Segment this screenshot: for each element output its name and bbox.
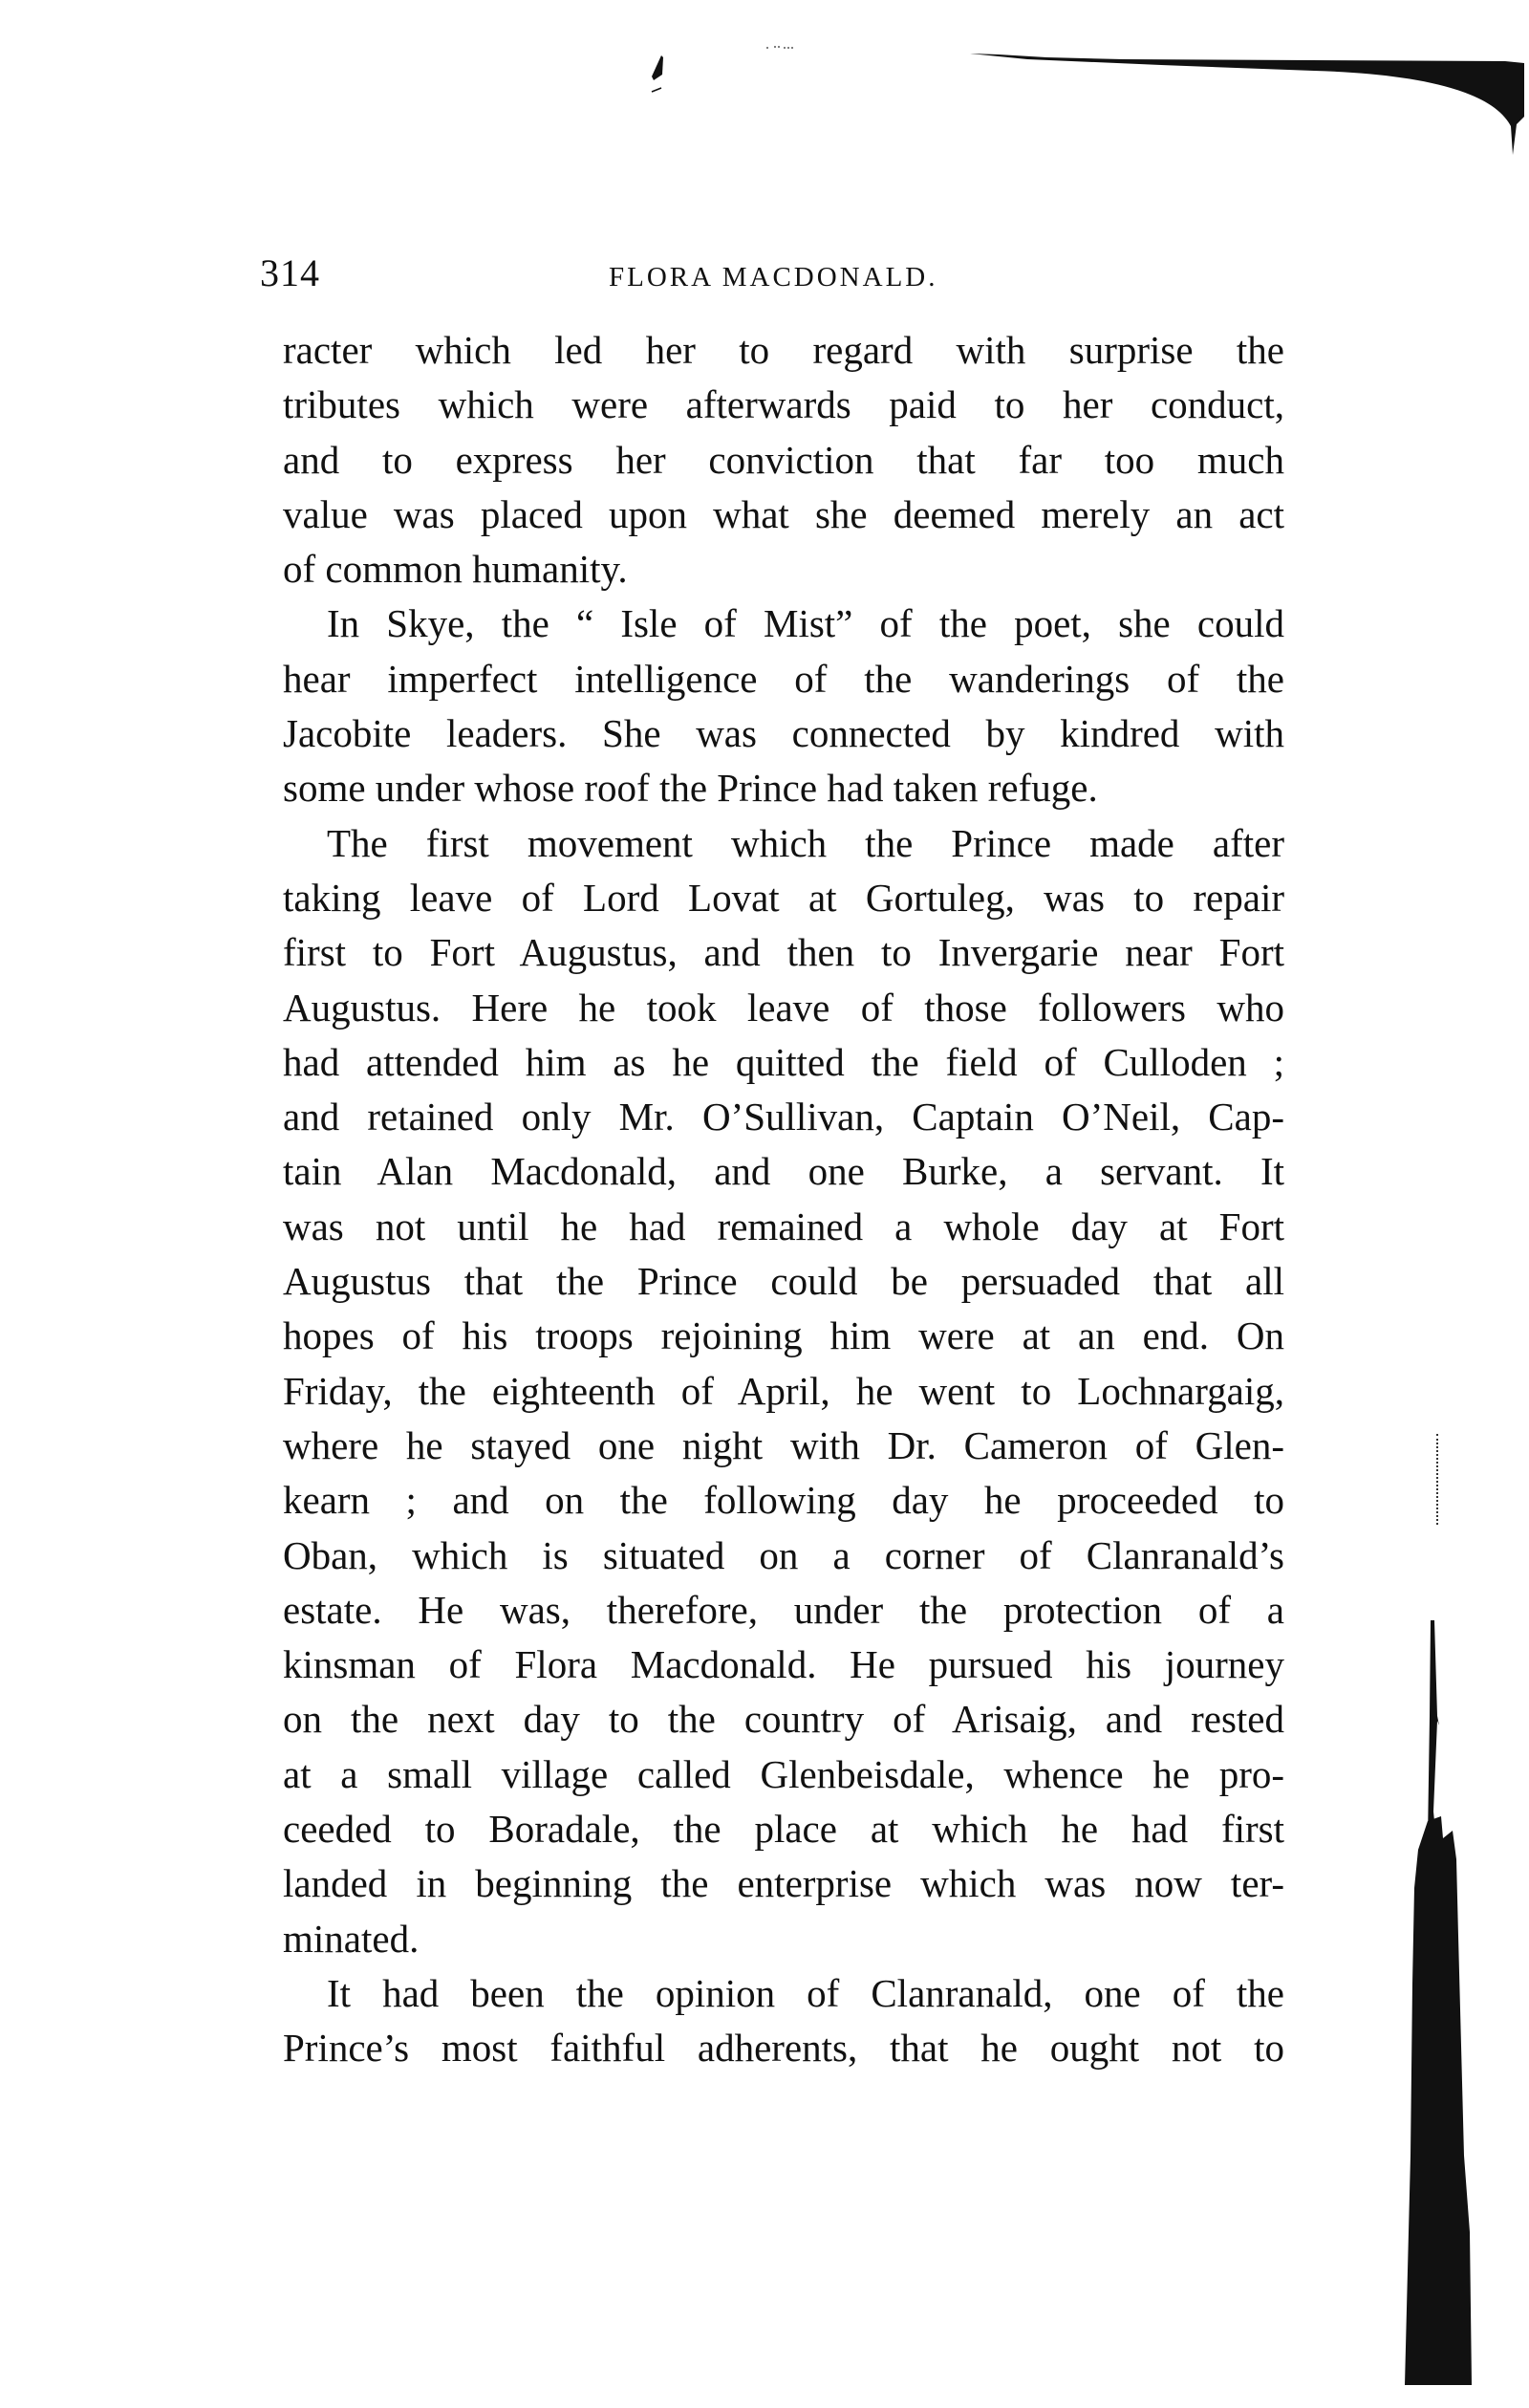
book-page: 314 FLORA MACDONALD. racter which led he…	[0, 0, 1529, 2408]
scan-speck-artifact	[650, 55, 669, 94]
text-line: It had been the opinion of Clanranald, o…	[283, 1966, 1284, 2021]
text-line: kinsman of Flora Macdonald. He pursued h…	[283, 1638, 1284, 1692]
text-line: Prince’s most faithful adherents, that h…	[283, 2021, 1284, 2075]
paragraph: It had been the opinion of Clanranald, o…	[283, 1966, 1284, 2076]
text-line: tributes which were afterwards paid to h…	[283, 378, 1284, 432]
text-line: tain Alan Macdonald, and one Burke, a se…	[283, 1144, 1284, 1199]
paragraph: racter which led her to regard with surp…	[283, 323, 1284, 597]
text-line: taking leave of Lord Lovat at Gortuleg, …	[283, 871, 1284, 925]
text-line: hopes of his troops rejoining him were a…	[283, 1309, 1284, 1363]
text-line: kearn ; and on the following day he proc…	[283, 1473, 1284, 1528]
text-line: and to express her conviction that far t…	[283, 433, 1284, 488]
text-line: some under whose roof the Prince had tak…	[283, 761, 1284, 815]
text-line: first to Fort Augustus, and then to Inve…	[283, 925, 1284, 980]
text-line: value was placed upon what she deemed me…	[283, 488, 1284, 542]
running-title: FLORA MACDONALD.	[609, 262, 937, 293]
text-line: Oban, which is situated on a corner of C…	[283, 1529, 1284, 1583]
text-line: Jacobite leaders. She was connected by k…	[283, 706, 1284, 761]
text-line: Friday, the eighteenth of April, he went…	[283, 1364, 1284, 1419]
text-line: hear imperfect intelligence of the wande…	[283, 652, 1284, 706]
text-line: Augustus that the Prince could be persua…	[283, 1254, 1284, 1309]
paragraph: The first movement which the Prince made…	[283, 816, 1284, 1966]
running-header: 314 FLORA MACDONALD.	[260, 250, 1282, 308]
scan-edge-shadow-artifact	[1403, 1620, 1479, 2404]
paragraph: In Skye, the “ Isle of Mist” of the poet…	[283, 597, 1284, 815]
text-line: ceeded to Boradale, the place at which h…	[283, 1802, 1284, 1856]
text-line: racter which led her to regard with surp…	[283, 323, 1284, 378]
text-line: at a small village called Glenbeisdale, …	[283, 1747, 1284, 1802]
text-line: and retained only Mr. O’Sullivan, Captai…	[283, 1090, 1284, 1144]
text-line: was not until he had remained a whole da…	[283, 1200, 1284, 1254]
text-line: estate. He was, therefore, under the pro…	[283, 1583, 1284, 1638]
text-line: landed in beginning the enterprise which…	[283, 1856, 1284, 1911]
text-line: on the next day to the country of Arisai…	[283, 1692, 1284, 1746]
text-line: minated.	[283, 1912, 1284, 1966]
text-line: had attended him as he quitted the field…	[283, 1035, 1284, 1090]
text-line: The first movement which the Prince made…	[283, 816, 1284, 871]
page-number: 314	[260, 250, 320, 295]
scan-noise-artifact	[766, 46, 799, 54]
text-line: In Skye, the “ Isle of Mist” of the poet…	[283, 597, 1284, 651]
page-corner-shadow-artifact	[970, 50, 1529, 155]
text-line: of common humanity.	[283, 542, 1284, 597]
scan-edge-dotted-artifact	[1436, 1434, 1440, 1525]
body-text: racter which led her to regard with surp…	[283, 323, 1284, 2076]
text-line: where he stayed one night with Dr. Camer…	[283, 1419, 1284, 1473]
text-line: Augustus. Here he took leave of those fo…	[283, 981, 1284, 1035]
